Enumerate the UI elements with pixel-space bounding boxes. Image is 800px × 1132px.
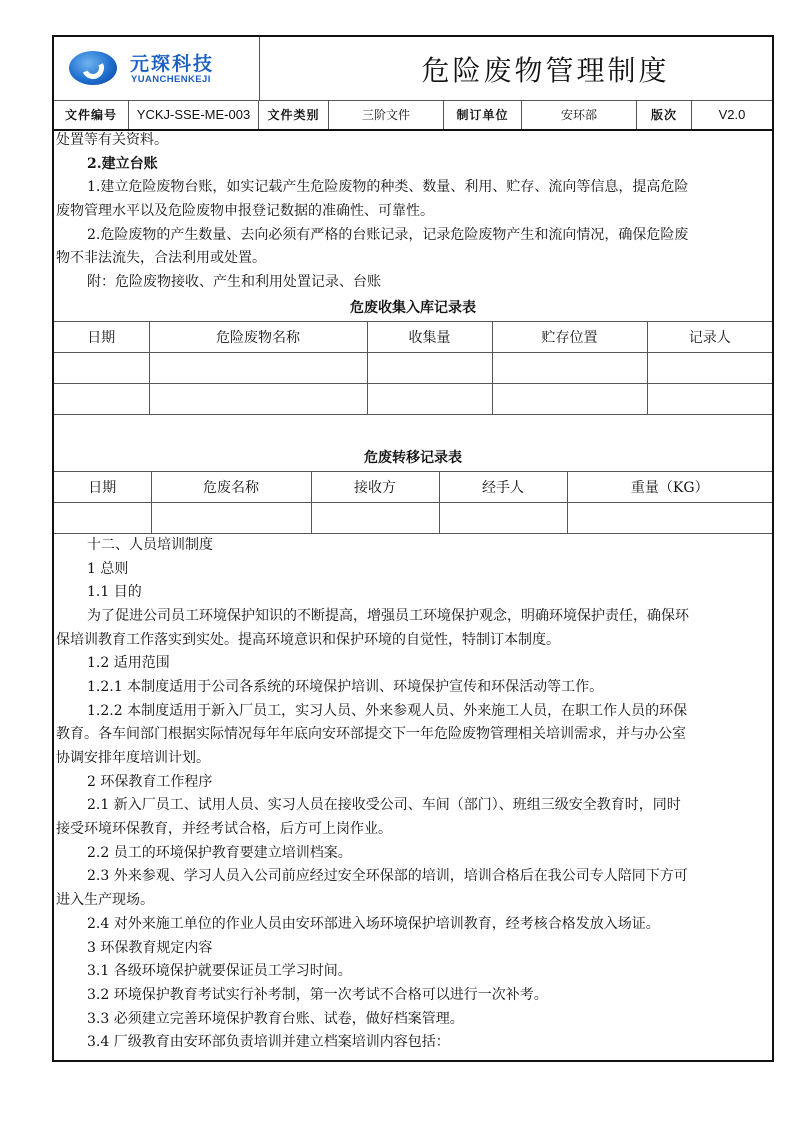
table-cell[interactable] bbox=[647, 352, 772, 383]
doc-no-value: YCKJ-SSE-ME-003 bbox=[129, 100, 259, 129]
document-body: 处置等有关资料。 2.建立台账 1.建立危险废物台账，如实记载产生危险废物的种类… bbox=[54, 129, 772, 1055]
paragraph: 1.2.2 本制度适用于新入厂员工，实习人员、外来参观人员、外来施工人员，在职工… bbox=[54, 700, 772, 724]
table-cell[interactable] bbox=[492, 383, 647, 414]
paragraph: 1.2.1 本制度适用于公司各系统的环境保护培训、环境保护宣传和环保活动等工作。 bbox=[54, 676, 772, 700]
paragraph: 协调安排年度培训计划。 bbox=[54, 747, 772, 771]
document-meta-row: 文件编号 YCKJ-SSE-ME-003 文件类别 三阶文件 制订单位 安环部 … bbox=[54, 100, 772, 131]
company-name-cn: 元琛科技 bbox=[130, 49, 214, 76]
table-cell[interactable] bbox=[54, 352, 149, 383]
doc-no-label: 文件编号 bbox=[54, 100, 129, 129]
paragraph: 物不非法流失，合法利用或处置。 bbox=[54, 247, 772, 271]
table-cell[interactable] bbox=[151, 502, 311, 533]
transfer-record-table: 日期 危废名称 接收方 经手人 重量（KG） bbox=[54, 471, 772, 534]
header-cell: 经手人 bbox=[439, 471, 567, 502]
table-cell[interactable] bbox=[367, 352, 492, 383]
header-cell: 危废名称 bbox=[151, 471, 311, 502]
header-cell: 重量（KG） bbox=[567, 471, 772, 502]
table-cell[interactable] bbox=[647, 383, 772, 414]
subsection-heading: 2 环保教育工作程序 bbox=[54, 771, 772, 795]
section-heading: 2.建立台账 bbox=[54, 153, 772, 177]
table-row bbox=[54, 502, 772, 533]
company-name-en: YUANCHENKEJI bbox=[131, 74, 211, 85]
spacer bbox=[54, 415, 772, 445]
paragraph: 接受环境环保教育，并经考试合格，后方可上岗作业。 bbox=[54, 818, 772, 842]
transfer-table-caption: 危废转移记录表 bbox=[54, 445, 772, 471]
document-header: 元琛科技 YUANCHENKEJI 危险废物管理制度 bbox=[54, 37, 772, 101]
header-cell: 接收方 bbox=[311, 471, 439, 502]
header-cell: 日期 bbox=[54, 321, 149, 352]
version-label: 版次 bbox=[637, 100, 692, 129]
paragraph: 3.2 环境保护教育考试实行补考制，第一次考试不合格可以进行一次补考。 bbox=[54, 984, 772, 1008]
table-cell[interactable] bbox=[54, 383, 149, 414]
collect-record-table: 日期 危险废物名称 收集量 贮存位置 记录人 bbox=[54, 321, 772, 415]
paragraph: 附：危险废物接收、产生和利用处置记录、台账 bbox=[54, 271, 772, 295]
table-cell[interactable] bbox=[149, 383, 367, 414]
paragraph: 2.2 员工的环境保护教育要建立培训档案。 bbox=[54, 842, 772, 866]
paragraph: 3.1 各级环境保护就要保证员工学习时间。 bbox=[54, 960, 772, 984]
paragraph: 教育。各车间部门根据实际情况每年年底向安环部提交下一年危险废物管理相关培训需求，… bbox=[54, 723, 772, 747]
category-value: 三阶文件 bbox=[329, 100, 444, 129]
subsection-heading: 3 环保教育规定内容 bbox=[54, 937, 772, 961]
table-cell[interactable] bbox=[367, 383, 492, 414]
subsection-heading: 1.2 适用范围 bbox=[54, 652, 772, 676]
document-title: 危险废物管理制度 bbox=[259, 37, 772, 100]
table-cell[interactable] bbox=[439, 502, 567, 533]
table-cell[interactable] bbox=[311, 502, 439, 533]
version-value: V2.0 bbox=[692, 100, 772, 129]
table-row bbox=[54, 383, 772, 414]
table-cell[interactable] bbox=[567, 502, 772, 533]
paragraph: 处置等有关资料。 bbox=[54, 129, 772, 153]
header-cell: 危险废物名称 bbox=[149, 321, 367, 352]
paragraph: 为了促进公司员工环境保护知识的不断提高，增强员工环境保护观念，明确环境保护责任，… bbox=[54, 605, 772, 629]
paragraph: 2.3 外来参观、学习人员入公司前应经过安全环保部的培训，培训合格后在我公司专人… bbox=[54, 865, 772, 889]
header-cell: 收集量 bbox=[367, 321, 492, 352]
subsection-heading: 1.1 目的 bbox=[54, 581, 772, 605]
paragraph: 1.建立危险废物台账，如实记载产生危险废物的种类、数量、利用、贮存、流向等信息，… bbox=[54, 176, 772, 200]
category-label: 文件类别 bbox=[259, 100, 329, 129]
table-row bbox=[54, 352, 772, 383]
paragraph: 2.4 对外来施工单位的作业人员由安环部进入场环境保护培训教育，经考核合格发放入… bbox=[54, 913, 772, 937]
table-header-row: 日期 危险废物名称 收集量 贮存位置 记录人 bbox=[54, 321, 772, 352]
paragraph: 2.1 新入厂员工、试用人员、实习人员在接收受公司、车间（部门）、班组三级安全教… bbox=[54, 794, 772, 818]
paragraph: 保培训教育工作落实到实处。提高环境意识和保护环境的自觉性，特制订本制度。 bbox=[54, 629, 772, 653]
table-header-row: 日期 危废名称 接收方 经手人 重量（KG） bbox=[54, 471, 772, 502]
paragraph: 进入生产现场。 bbox=[54, 889, 772, 913]
document-frame: 元琛科技 YUANCHENKEJI 危险废物管理制度 文件编号 YCKJ-SSE… bbox=[52, 35, 774, 1062]
header-cell: 日期 bbox=[54, 471, 151, 502]
section-heading: 十二、人员培训制度 bbox=[54, 534, 772, 558]
table-cell[interactable] bbox=[54, 502, 151, 533]
paragraph: 2.危险废物的产生数量、去向必须有严格的台账记录，记录危险废物产生和流向情况，确… bbox=[54, 224, 772, 248]
unit-label: 制订单位 bbox=[444, 100, 522, 129]
header-cell: 贮存位置 bbox=[492, 321, 647, 352]
paragraph: 3.4 厂级教育由安环部负责培训并建立档案培训内容包括： bbox=[54, 1031, 772, 1055]
subsection-heading: 1 总则 bbox=[54, 558, 772, 582]
unit-value: 安环部 bbox=[522, 100, 637, 129]
logo-cell: 元琛科技 YUANCHENKEJI bbox=[54, 37, 260, 100]
table-cell[interactable] bbox=[492, 352, 647, 383]
company-logo-icon bbox=[69, 51, 117, 85]
paragraph: 3.3 必须建立完善环境保护教育台账、试卷，做好档案管理。 bbox=[54, 1008, 772, 1032]
table-cell[interactable] bbox=[149, 352, 367, 383]
paragraph: 废物管理水平以及危险废物申报登记数据的准确性、可靠性。 bbox=[54, 200, 772, 224]
header-cell: 记录人 bbox=[647, 321, 772, 352]
collect-table-caption: 危废收集入库记录表 bbox=[54, 295, 772, 321]
